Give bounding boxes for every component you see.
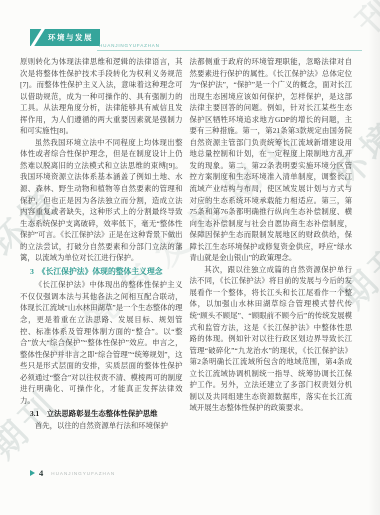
page-footer: 4 HUANJINGYUFAZHAN [30, 468, 115, 478]
page-number: 4 [39, 468, 43, 478]
header-rule [97, 50, 362, 51]
section-heading: 3 《长江保护法》体现的整体主义理念 [20, 265, 183, 279]
subsection-heading: 3.1 立法思路彰显生态整体性保护思维 [20, 407, 183, 420]
paragraph-text: 虽然我国环境立法中不同程度上均体现出整体性或者综合性保护理念，但是在制度设计上仍… [20, 137, 183, 264]
journal-page: 环境与发展期刊 环境 期刊 环境 期刊 刊 环境与发展 HUANJINGYUFA… [0, 0, 380, 515]
article-body: 原则转化为体现法律思维和逻辑的法律语言，其次是将整体性保护技术手段转化为权利义务… [20, 56, 352, 462]
watermark-top-right-corner: 刊 [342, 0, 380, 44]
journal-section-title: 环境与发展 [43, 29, 98, 46]
right-column: 法都侧重于政府的环境管理职能，忽略法律对自然要素进行保护的属性。《长江保护法》总… [190, 56, 353, 462]
journal-section-badge: 环境与发展 [30, 29, 100, 46]
journal-pinyin-header: HUANJINGYUFAZHAN [99, 43, 160, 48]
paragraph-text: 《长江保护法》中体现出的整体性保护主义不仅仅强调本法与其他各法之间相互配合联动，… [20, 279, 183, 406]
left-column: 原则转化为体现法律思维和逻辑的法律语言，其次是将整体性保护技术手段转化为权利义务… [20, 56, 183, 462]
footer-journal-pinyin: HUANJINGYUFAZHAN [51, 471, 115, 476]
paragraph-text: 法都侧重于政府的环境管理职能，忽略法律对自然要素进行保护的属性。《长江保护法》总… [190, 56, 353, 264]
paragraph-text: 首先，以往的自然资源单行法和环境保护 [20, 420, 183, 432]
page-marker-icon [30, 470, 35, 476]
page-edge-shading [368, 0, 380, 515]
paragraph-text: 原则转化为体现法律思维和逻辑的法律语言，其次是将整体性保护技术手段转化为权利义务… [20, 56, 183, 137]
paragraph-text: 其次，跟以往独立成篇的自然资源保护单行法不同，《长江保护法》将目前的发展与今后的… [190, 264, 353, 414]
